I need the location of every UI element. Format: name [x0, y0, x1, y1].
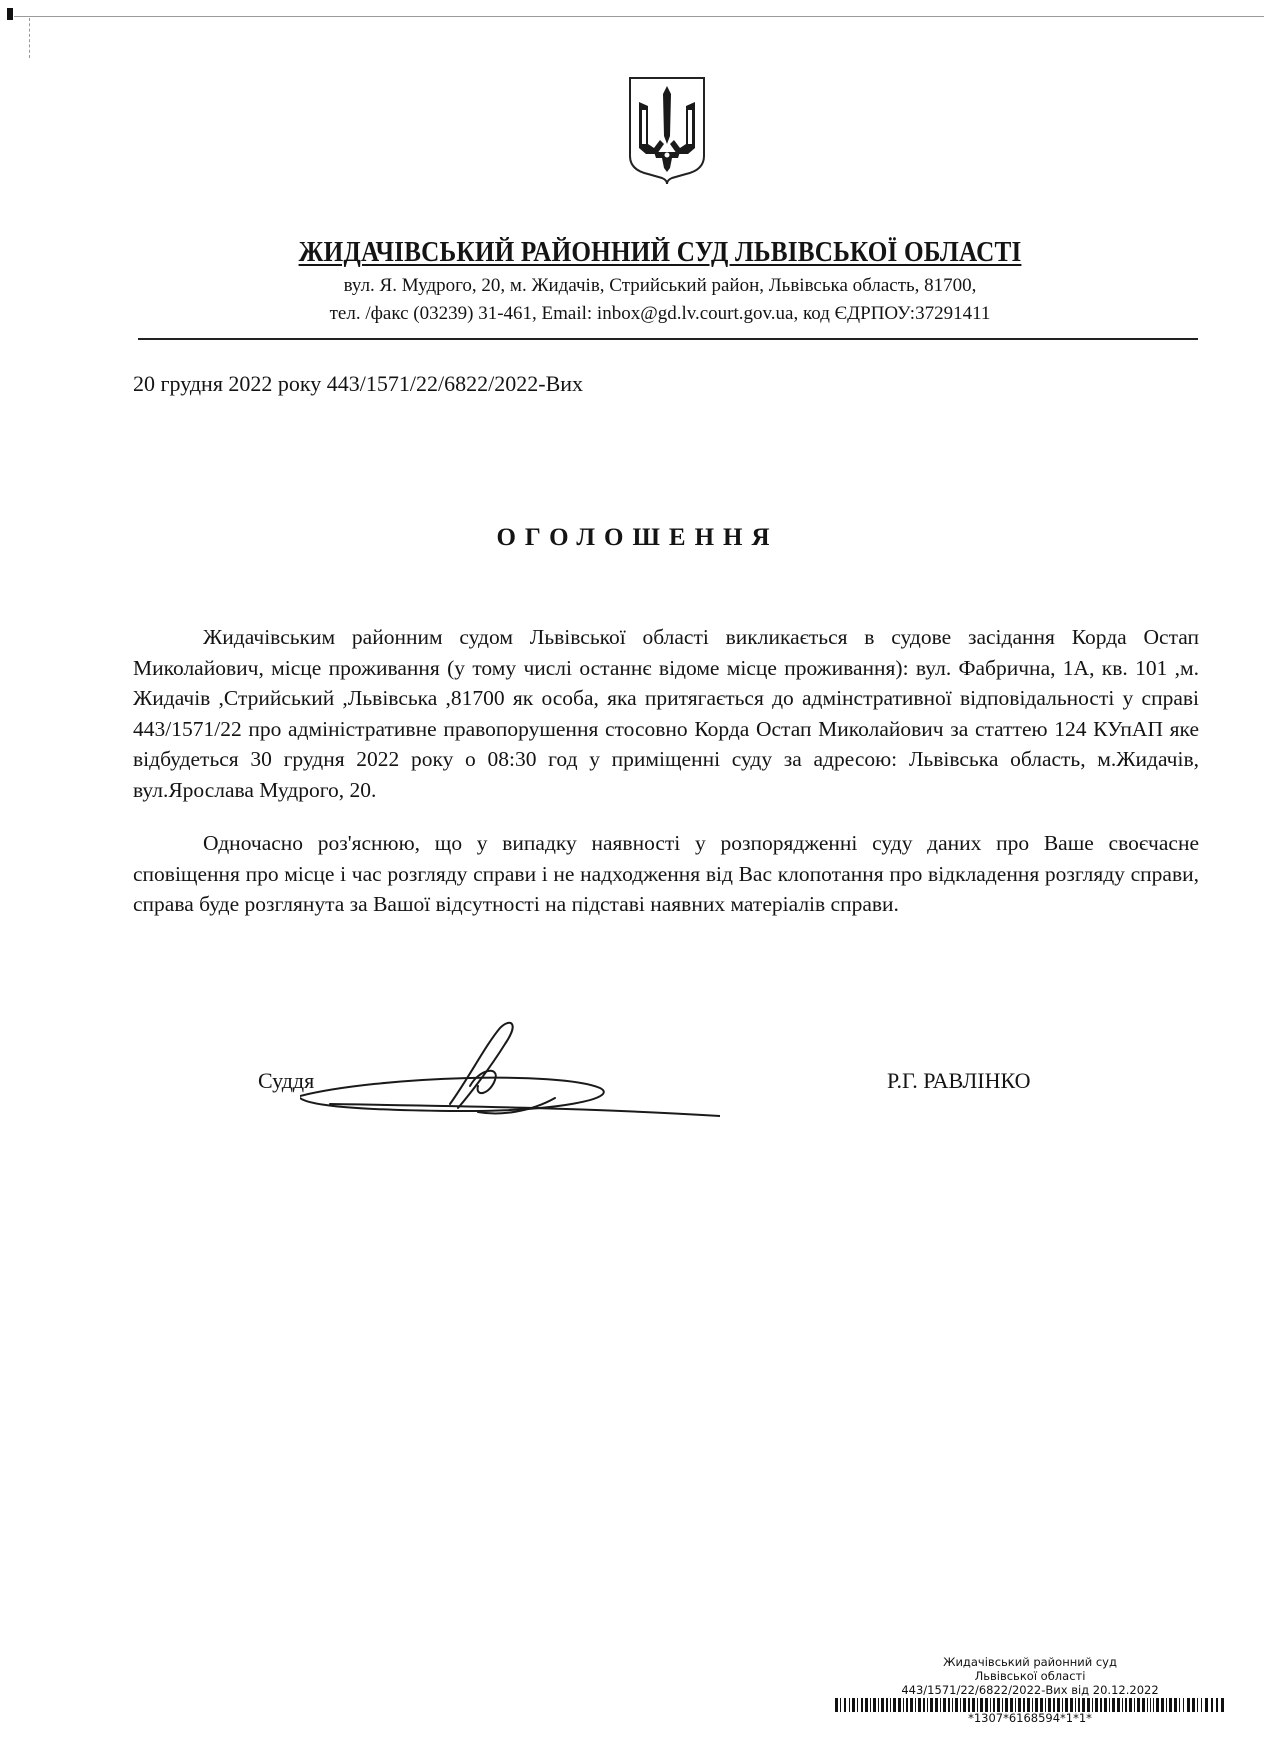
handwritten-signature-icon: [300, 1016, 720, 1126]
barcode-icon: [835, 1698, 1225, 1712]
coat-of-arms-icon: [626, 74, 708, 186]
barcode-number: *1307*6168594*1*1*: [820, 1712, 1240, 1725]
signature-block: Суддя Р.Г. РАВЛІНКО: [0, 1040, 1275, 1120]
scan-artifact-line: [14, 16, 1264, 17]
stamp-reference: 443/1571/22/6822/2022-Вих від 20.12.2022: [820, 1683, 1240, 1697]
notice-paragraph-2: Одночасно роз'яснюю, що у випадку наявно…: [133, 828, 1199, 920]
stamp-region: Львівської області: [820, 1669, 1240, 1683]
scan-artifact-mark: [7, 8, 13, 20]
scan-artifact-dash: [29, 18, 30, 58]
letterhead: ЖИДАЧІВСЬКИЙ РАЙОННИЙ СУД ЛЬВІВСЬКОЇ ОБЛ…: [130, 236, 1190, 326]
notice-paragraph-1: Жидачівським районним судом Львівської о…: [133, 622, 1199, 805]
outgoing-date-number: 20 грудня 2022 року 443/1571/22/6822/202…: [133, 370, 583, 398]
court-address: вул. Я. Мудрого, 20, м. Жидачів, Стрийсь…: [130, 274, 1190, 298]
stamp-court-name: Жидачівський районний суд: [820, 1655, 1240, 1669]
judge-name: Р.Г. РАВЛІНКО: [887, 1068, 1031, 1094]
registration-stamp: Жидачівський районний суд Львівської обл…: [820, 1655, 1240, 1725]
document-title: ОГОЛОШЕННЯ: [0, 524, 1275, 552]
paragraph-text: Жидачівським районним судом Львівської о…: [133, 622, 1199, 805]
court-contacts: тел. /факс (03239) 31-461, Email: inbox@…: [130, 302, 1190, 326]
paragraph-text: Одночасно роз'яснюю, що у випадку наявно…: [133, 828, 1199, 920]
header-divider: [138, 338, 1198, 340]
court-name: ЖИДАЧІВСЬКИЙ РАЙОННИЙ СУД ЛЬВІВСЬКОЇ ОБЛ…: [183, 236, 1137, 270]
